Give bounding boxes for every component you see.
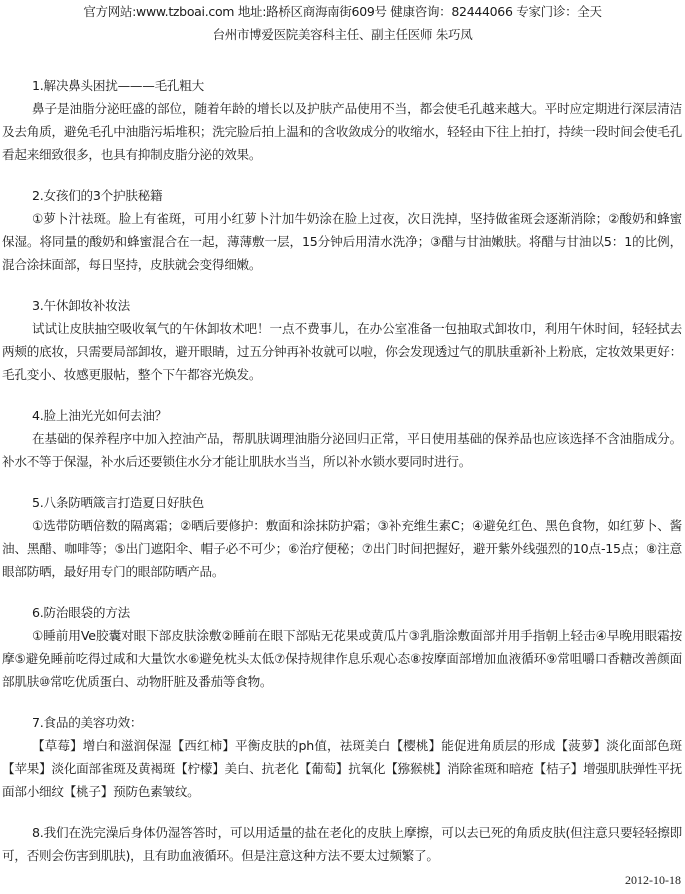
section-4: 4.脸上油光光如何去油？ 在基础的保养程序中加入控油产品，帮肌肤调理油脂分泌回归… [2, 404, 682, 473]
section-body: 试试让皮肤抽空吸收氧气的午休卸妆术吧！一点不费事儿，在办公室准备一包抽取式卸妆巾… [2, 317, 682, 386]
section-5: 5.八条防晒箴言打造夏日好肤色 ①选带防晒倍数的隔离霜；②晒后要修护：敷面和涂抹… [2, 491, 682, 583]
page-header: 官方网站:www.tzboai.com 地址:路桥区商海南街609号 健康咨询：… [0, 0, 685, 46]
section-title: 3.午休卸妆补妆法 [2, 294, 682, 317]
section-title: 5.八条防晒箴言打造夏日好肤色 [2, 491, 682, 514]
section-body: ①睡前用Ve胶囊对眼下部皮肤涂敷②睡前在眼下部贴无花果或黄瓜片③乳脂涂敷面部并用… [2, 624, 682, 693]
section-2: 2.女孩们的3个护肤秘籍 ①萝卜汁祛斑。脸上有雀斑，可用小红萝卜汁加牛奶涂在脸上… [2, 184, 682, 276]
section-1: 1.解决鼻头困扰———毛孔粗大 鼻子是油脂分泌旺盛的部位，随着年龄的增长以及护肤… [2, 74, 682, 166]
section-6: 6.防治眼袋的方法 ①睡前用Ve胶囊对眼下部皮肤涂敷②睡前在眼下部贴无花果或黄瓜… [2, 601, 682, 693]
section-title: 2.女孩们的3个护肤秘籍 [2, 184, 682, 207]
doctor-info: 台州市博爱医院美容科主任、副主任医师 朱巧凤 [0, 24, 685, 46]
section-body: 8.我们在洗完澡后身体仍湿答答时，可以用适量的盐在老化的皮肤上摩擦，可以去已死的… [2, 821, 682, 867]
section-title: 7.食品的美容功效： [2, 711, 682, 734]
section-body: 鼻子是油脂分泌旺盛的部位，随着年龄的增长以及护肤产品使用不当，都会使毛孔越来越大… [2, 97, 682, 166]
publish-date: 2012-10-18 [625, 873, 681, 888]
section-title: 6.防治眼袋的方法 [2, 601, 682, 624]
section-7: 7.食品的美容功效： 【草莓】增白和滋润保湿【西红柿】平衡皮肤的ph值，祛斑美白… [2, 711, 682, 803]
section-title: 1.解决鼻头困扰———毛孔粗大 [2, 74, 682, 97]
section-body: ①选带防晒倍数的隔离霜；②晒后要修护：敷面和涂抹防护霜；③补充维生素C；④避免红… [2, 514, 682, 583]
article-content: 1.解决鼻头困扰———毛孔粗大 鼻子是油脂分泌旺盛的部位，随着年龄的增长以及护肤… [2, 74, 682, 885]
section-body: ①萝卜汁祛斑。脸上有雀斑，可用小红萝卜汁加牛奶涂在脸上过夜，次日洗掉，坚持做雀斑… [2, 207, 682, 276]
section-body: 【草莓】增白和滋润保湿【西红柿】平衡皮肤的ph值，祛斑美白【樱桃】能促进角质层的… [2, 734, 682, 803]
section-title: 4.脸上油光光如何去油？ [2, 404, 682, 427]
section-body: 在基础的保养程序中加入控油产品，帮肌肤调理油脂分泌回归正常，平日使用基础的保养品… [2, 427, 682, 473]
section-8: 8.我们在洗完澡后身体仍湿答答时，可以用适量的盐在老化的皮肤上摩擦，可以去已死的… [2, 821, 682, 867]
section-3: 3.午休卸妆补妆法 试试让皮肤抽空吸收氧气的午休卸妆术吧！一点不费事儿，在办公室… [2, 294, 682, 386]
contact-info: 官方网站:www.tzboai.com 地址:路桥区商海南街609号 健康咨询：… [0, 1, 685, 23]
